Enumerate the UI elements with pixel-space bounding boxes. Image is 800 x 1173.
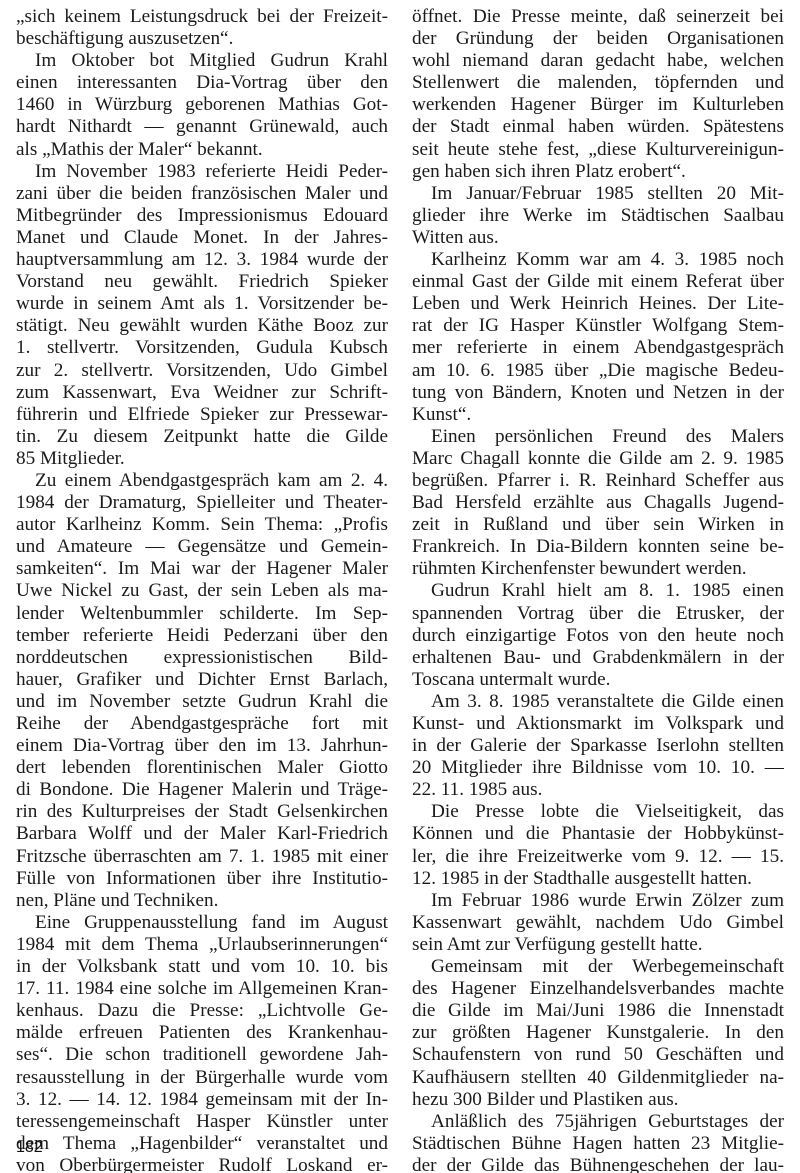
text-line: Witten aus. bbox=[412, 227, 784, 249]
text-line: Leben und Werk Heinrich Heines. Der Lite… bbox=[412, 293, 784, 315]
text-line: tung von Bändern, Knoten und Netzen in d… bbox=[412, 382, 784, 404]
text-line: Die Presse lobte die Vielseitigkeit, das bbox=[412, 801, 784, 823]
text-line: Gemeinsam mit der Werbegemeinschaft bbox=[412, 956, 784, 978]
text-line: ses“. Die schon traditionell gewordene J… bbox=[16, 1044, 388, 1066]
text-line: hauer, Grafiker und Dichter Ernst Barlac… bbox=[16, 669, 388, 691]
text-line: Stellenwert die malenden, töpfernden und bbox=[412, 72, 784, 94]
text-line: der Gründung der beiden Organisationen bbox=[412, 28, 784, 50]
text-line: beschäftigung auszusetzen“. bbox=[16, 28, 388, 50]
paragraph: Im November 1983 referierte Heidi Peder-… bbox=[16, 161, 388, 470]
text-line: zum Kassenwart, Eva Weidner zur Schrift- bbox=[16, 382, 388, 404]
text-line: 1984 der Dramaturg, Spielleiter und Thea… bbox=[16, 492, 388, 514]
text-line: 1460 in Würzburg geborenen Mathias Got- bbox=[16, 94, 388, 116]
text-line: ler, die ihre Freizeitwerke vom 9. 12. —… bbox=[412, 846, 784, 868]
text-line: Im November 1983 referierte Heidi Peder- bbox=[16, 161, 388, 183]
text-line: in der Volksbank statt und vom 10. 10. b… bbox=[16, 956, 388, 978]
text-line: 85 Mitglieder. bbox=[16, 448, 388, 470]
text-line: zeit in Rußland und über sein Wirken in bbox=[412, 514, 784, 536]
text-line: zur größten Hagener Kunstgalerie. In den bbox=[412, 1022, 784, 1044]
text-line: teressengemeinschaft Hasper Künstler unt… bbox=[16, 1111, 388, 1133]
text-line: und Amateure — Gegensätze und Gemein- bbox=[16, 536, 388, 558]
text-line: zur 2. stellvertr. Vorsitzenden, Udo Gim… bbox=[16, 360, 388, 382]
text-line: erhaltenen Bau- und Grabdenkmälern in de… bbox=[412, 647, 784, 669]
text-line: 20 Mitglieder ihre Bildnisse vom 10. 10.… bbox=[412, 757, 784, 779]
text-line: der Stadt einmal haben würden. Spätesten… bbox=[412, 116, 784, 138]
text-line: rühmten Kirchenfenster bewundert werden. bbox=[412, 558, 784, 580]
text-line: Im Februar 1986 wurde Erwin Zölzer zum bbox=[412, 890, 784, 912]
paragraph: Einen persönlichen Freund des MalersMarc… bbox=[412, 426, 784, 581]
paragraph: „sich keinem Leistungsdruck bei der Frei… bbox=[16, 6, 388, 50]
text-line: Marc Chagall konnte die Gilde am 2. 9. 1… bbox=[412, 448, 784, 470]
text-line: rat der IG Hasper Künstler Wolfgang Stem… bbox=[412, 315, 784, 337]
text-line: Fülle von Informationen über ihre Instit… bbox=[16, 868, 388, 890]
text-line: 17. 11. 1984 eine solche im Allgemeinen … bbox=[16, 978, 388, 1000]
text-line: Können und die Phantasie der Hobbykünst- bbox=[412, 823, 784, 845]
text-line: mälde erfreuen Patienten des Krankenhau- bbox=[16, 1022, 388, 1044]
text-line: Städtischen Bühne Hagen hatten 23 Mitgli… bbox=[412, 1133, 784, 1155]
text-line: werkenden Hagener Bürger im Kulturleben bbox=[412, 94, 784, 116]
text-line: hardt Nithardt — genannt Grünewald, auch bbox=[16, 116, 388, 138]
page-number: 182 bbox=[16, 1139, 43, 1157]
text-line: der der Gilde das Bühnengeschehen der la… bbox=[412, 1155, 784, 1173]
text-line: Manet und Claude Monet. In der Jahres- bbox=[16, 227, 388, 249]
paragraph: Am 3. 8. 1985 veranstaltete die Gilde ei… bbox=[412, 691, 784, 801]
text-line: lender Weltenbummler schilderte. Im Sep- bbox=[16, 603, 388, 625]
text-line: Uwe Nickel zu Gast, der sein Leben als m… bbox=[16, 580, 388, 602]
text-line: Am 3. 8. 1985 veranstaltete die Gilde ei… bbox=[412, 691, 784, 713]
text-line: Anläßlich des 75jährigen Geburtstages de… bbox=[412, 1111, 784, 1133]
paragraph: Im Oktober bot Mitglied Gudrun Krahleine… bbox=[16, 50, 388, 160]
paragraph: Zu einem Abendgastgespräch kam am 2. 4.1… bbox=[16, 470, 388, 912]
text-line: di Bondone. Die Hagener Malerin und Träg… bbox=[16, 779, 388, 801]
text-line: begrüßen. Pfarrer i. R. Reinhard Scheffe… bbox=[412, 470, 784, 492]
text-line: Toscana untermalt wurde. bbox=[412, 669, 784, 691]
text-line: sein Amt zur Verfügung gestellt hatte. bbox=[412, 934, 784, 956]
text-line: am 10. 6. 1985 über „Die magische Bedeu- bbox=[412, 360, 784, 382]
text-line: Im Januar/Februar 1985 stellten 20 Mit- bbox=[412, 183, 784, 205]
text-line: Kunst- und Aktionsmarkt im Volkspark und bbox=[412, 713, 784, 735]
paragraph: Gemeinsam mit der Werbegemeinschaftdes H… bbox=[412, 956, 784, 1111]
text-line: Kunst“. bbox=[412, 404, 784, 426]
paragraph: Anläßlich des 75jährigen Geburtstages de… bbox=[412, 1111, 784, 1173]
text-line: einen interessanten Dia-Vortrag über den bbox=[16, 72, 388, 94]
text-line: Fritzsche überraschten am 7. 1. 1985 mit… bbox=[16, 846, 388, 868]
text-line: und im November setzte Gudrun Krahl die bbox=[16, 691, 388, 713]
text-line: in der Galerie der Sparkasse Iserlohn st… bbox=[412, 735, 784, 757]
text-line: die Gilde im Mai/Juni 1986 die Innenstad… bbox=[412, 1000, 784, 1022]
text-line: 3. 12. — 14. 12. 1984 gemeinsam mit der … bbox=[16, 1089, 388, 1111]
text-line: Vorstand neu gewählt. Friedrich Spieker bbox=[16, 271, 388, 293]
text-line: hauptversammlung am 12. 3. 1984 wurde de… bbox=[16, 249, 388, 271]
text-line: Kassenwart gewählt, nachdem Udo Gimbel bbox=[412, 912, 784, 934]
text-line: rin des Kulturpreises der Stadt Gelsenki… bbox=[16, 801, 388, 823]
text-line: Kaufhäusern stellten 40 Gildenmitglieder… bbox=[412, 1067, 784, 1089]
text-line: von Oberbürgermeister Rudolf Loskand er- bbox=[16, 1155, 388, 1173]
text-line: dem Thema „Hagenbilder“ veranstaltet und bbox=[16, 1133, 388, 1155]
text-line: Gudrun Krahl hielt am 8. 1. 1985 einen bbox=[412, 580, 784, 602]
text-line: einem Dia-Vortrag über den im 13. Jahrhu… bbox=[16, 735, 388, 757]
text-line: Zu einem Abendgastgespräch kam am 2. 4. bbox=[16, 470, 388, 492]
text-line: hezu 300 Bilder und Plastiken aus. bbox=[412, 1089, 784, 1111]
paragraph: Im Februar 1986 wurde Erwin Zölzer zumKa… bbox=[412, 890, 784, 956]
text-line: durch einzigartige Fotos von den heute n… bbox=[412, 625, 784, 647]
text-line: dert lebenden florentinischen Maler Giot… bbox=[16, 757, 388, 779]
paragraph: Eine Gruppenausstellung fand im August19… bbox=[16, 912, 388, 1173]
text-line: zani über die beiden französischen Maler… bbox=[16, 183, 388, 205]
text-line: 22. 11. 1985 aus. bbox=[412, 779, 784, 801]
text-column-right: öffnet. Die Presse meinte, daß seinerzei… bbox=[412, 6, 784, 1173]
text-line: wohl niemand daran gedacht habe, welchen bbox=[412, 50, 784, 72]
text-line: des Hagener Einzelhandelsverbandes macht… bbox=[412, 978, 784, 1000]
text-column-left: „sich keinem Leistungsdruck bei der Frei… bbox=[16, 6, 388, 1173]
text-line: einmal Gast der Gilde mit einem Referat … bbox=[412, 271, 784, 293]
text-line: Reihe der Abendgastgespräche fort mit bbox=[16, 713, 388, 735]
text-line: glieder ihre Werke im Städtischen Saalba… bbox=[412, 205, 784, 227]
text-line: 12. 1985 in der Stadthalle ausgestellt h… bbox=[412, 868, 784, 890]
text-line: führerin und Elfriede Spieker zur Presse… bbox=[16, 404, 388, 426]
text-line: Im Oktober bot Mitglied Gudrun Krahl bbox=[16, 50, 388, 72]
text-line: seit heute stehe fest, „diese Kulturvere… bbox=[412, 139, 784, 161]
text-line: Barbara Wolff und der Maler Karl-Friedri… bbox=[16, 823, 388, 845]
text-line: kenhaus. Dazu die Presse: „Lichtvolle Ge… bbox=[16, 1000, 388, 1022]
paragraph: Karlheinz Komm war am 4. 3. 1985 nochein… bbox=[412, 249, 784, 426]
paragraph: Die Presse lobte die Vielseitigkeit, das… bbox=[412, 801, 784, 889]
text-line: spannenden Vortrag über die Etrusker, de… bbox=[412, 603, 784, 625]
text-line: norddeutschen expressionistischen Bild- bbox=[16, 647, 388, 669]
paragraph: Gudrun Krahl hielt am 8. 1. 1985 einensp… bbox=[412, 580, 784, 690]
text-line: öffnet. Die Presse meinte, daß seinerzei… bbox=[412, 6, 784, 28]
paragraph: Im Januar/Februar 1985 stellten 20 Mit-g… bbox=[412, 183, 784, 249]
text-line: als „Mathis der Maler“ bekannt. bbox=[16, 139, 388, 161]
text-line: samkeiten“. Im Mai war der Hagener Maler bbox=[16, 558, 388, 580]
text-line: nen, Pläne und Techniken. bbox=[16, 890, 388, 912]
text-line: mer referierte in einem Abendgastgespräc… bbox=[412, 337, 784, 359]
text-line: 1984 mit dem Thema „Urlaubserinnerungen“ bbox=[16, 934, 388, 956]
text-line: 1. stellvertr. Vorsitzenden, Gudula Kubs… bbox=[16, 337, 388, 359]
text-line: Frankreich. In Dia-Bildern konnten seine… bbox=[412, 536, 784, 558]
text-line: wurde in seinem Amt als 1. Vorsitzender … bbox=[16, 293, 388, 315]
text-line: Schaufenstern von rund 50 Geschäften und bbox=[412, 1044, 784, 1066]
text-line: „sich keinem Leistungsdruck bei der Frei… bbox=[16, 6, 388, 28]
text-line: Einen persönlichen Freund des Malers bbox=[412, 426, 784, 448]
text-line: stätigt. Neu gewählt wurden Käthe Booz z… bbox=[16, 315, 388, 337]
text-line: resausstellung in der Bürgerhalle wurde … bbox=[16, 1067, 388, 1089]
text-line: gen haben sich ihren Platz erobert“. bbox=[412, 161, 784, 183]
text-line: Eine Gruppenausstellung fand im August bbox=[16, 912, 388, 934]
text-line: tember referierte Heidi Pederzani über d… bbox=[16, 625, 388, 647]
text-line: Mitbegründer des Impressionismus Edouard bbox=[16, 205, 388, 227]
text-line: autor Karlheinz Komm. Sein Thema: „Profi… bbox=[16, 514, 388, 536]
paragraph: öffnet. Die Presse meinte, daß seinerzei… bbox=[412, 6, 784, 183]
text-line: tin. Zu diesem Zeitpunkt hatte die Gilde bbox=[16, 426, 388, 448]
text-line: Karlheinz Komm war am 4. 3. 1985 noch bbox=[412, 249, 784, 271]
text-line: Bad Hersfeld erzählte aus Chagalls Jugen… bbox=[412, 492, 784, 514]
